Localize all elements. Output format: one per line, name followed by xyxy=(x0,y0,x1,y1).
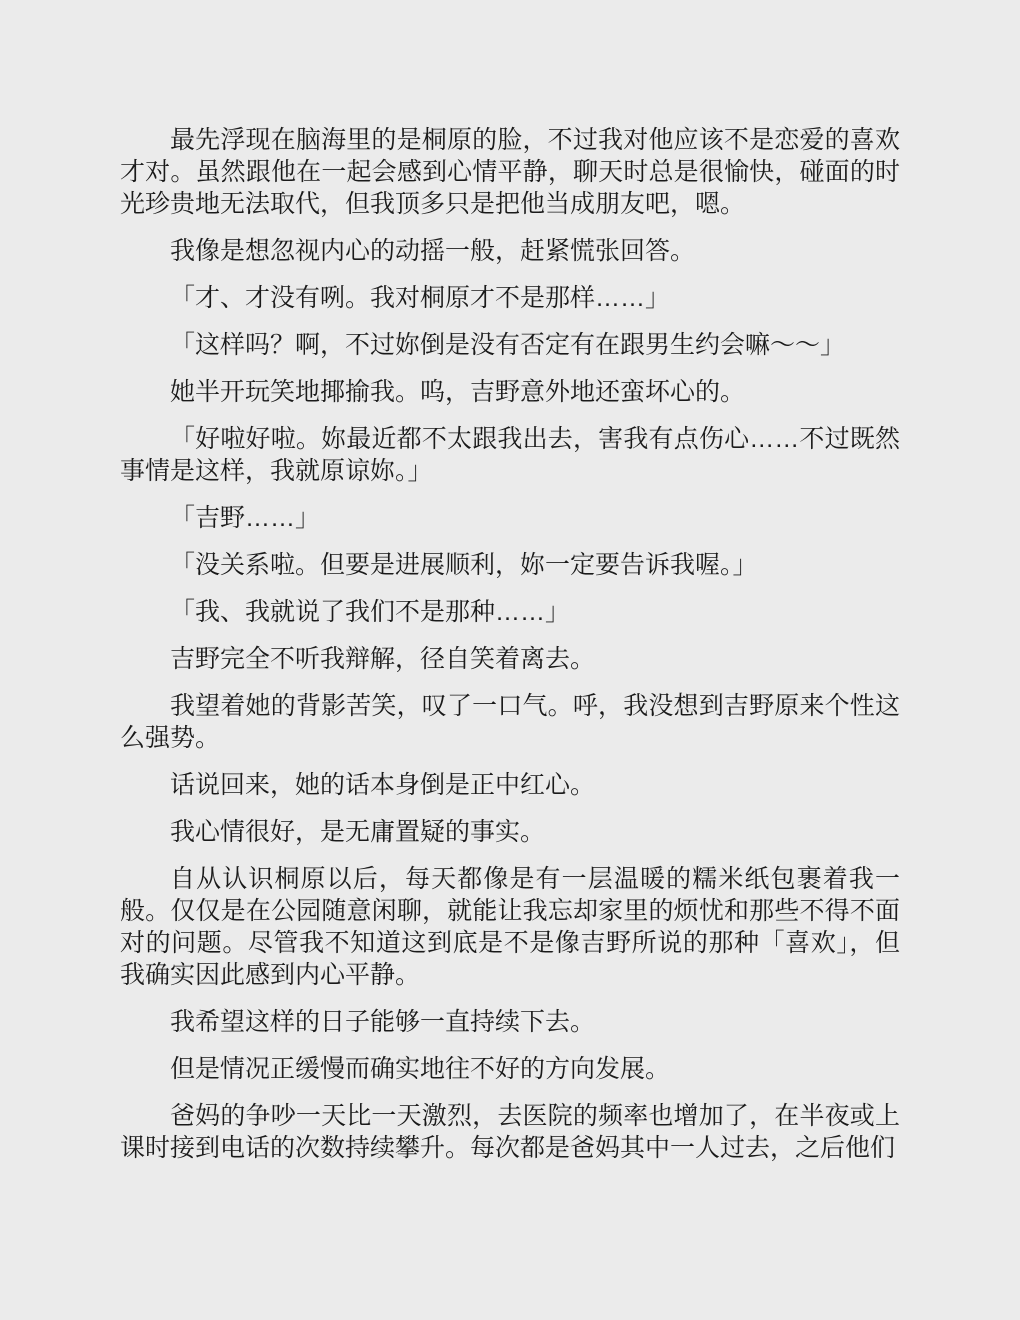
narration-paragraph: 爸妈的争吵一天比一天激烈，去医院的频率也增加了，在半夜或上课时接到电话的次数持续… xyxy=(120,1100,900,1164)
dialogue-paragraph: 「吉野……」 xyxy=(120,502,900,534)
narration-paragraph: 但是情况正缓慢而确实地往不好的方向发展。 xyxy=(120,1053,900,1085)
narration-paragraph: 我像是想忽视内心的动摇一般，赶紧慌张回答。 xyxy=(120,235,900,267)
dialogue-paragraph: 「才、才没有咧。我对桐原才不是那样……」 xyxy=(120,282,900,314)
dialogue-paragraph: 「我、我就说了我们不是那种……」 xyxy=(120,596,900,628)
dialogue-paragraph: 「好啦好啦。妳最近都不太跟我出去，害我有点伤心……不过既然事情是这样，我就原谅妳… xyxy=(120,423,900,487)
narration-paragraph: 话说回来，她的话本身倒是正中红心。 xyxy=(120,769,900,801)
narration-paragraph: 我望着她的背影苦笑，叹了一口气。呼，我没想到吉野原来个性这么强势。 xyxy=(120,690,900,754)
dialogue-paragraph: 「没关系啦。但要是进展顺利，妳一定要告诉我喔。」 xyxy=(120,549,900,581)
narration-paragraph: 吉野完全不听我辩解，径自笑着离去。 xyxy=(120,643,900,675)
ebook-page: 最先浮现在脑海里的是桐原的脸，不过我对他应该不是恋爱的喜欢才对。虽然跟他在一起会… xyxy=(0,0,1020,1320)
narration-paragraph: 我心情很好，是无庸置疑的事实。 xyxy=(120,816,900,848)
narration-paragraph: 最先浮现在脑海里的是桐原的脸，不过我对他应该不是恋爱的喜欢才对。虽然跟他在一起会… xyxy=(120,124,900,220)
novel-text-block: 最先浮现在脑海里的是桐原的脸，不过我对他应该不是恋爱的喜欢才对。虽然跟他在一起会… xyxy=(120,124,900,1164)
narration-paragraph: 她半开玩笑地揶揄我。呜，吉野意外地还蛮坏心的。 xyxy=(120,376,900,408)
narration-paragraph: 自从认识桐原以后，每天都像是有一层温暖的糯米纸包裹着我一般。仅仅是在公园随意闲聊… xyxy=(120,863,900,991)
narration-paragraph: 我希望这样的日子能够一直持续下去。 xyxy=(120,1006,900,1038)
dialogue-paragraph: 「这样吗？啊，不过妳倒是没有否定有在跟男生约会嘛～～」 xyxy=(120,329,900,361)
